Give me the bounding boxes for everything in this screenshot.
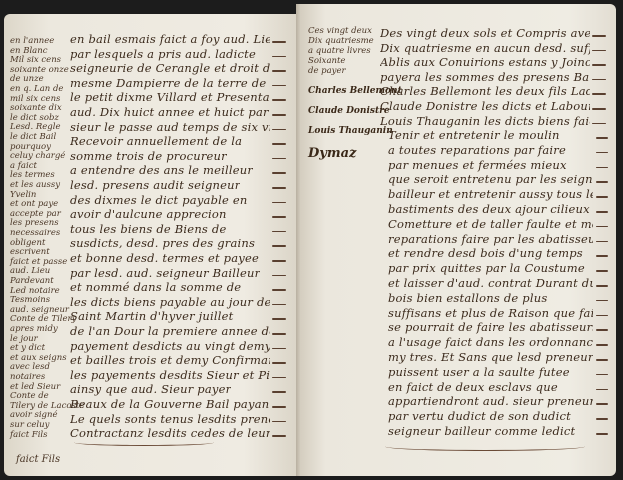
line-end-stroke bbox=[272, 362, 286, 364]
margin-note: et y dict bbox=[10, 343, 45, 353]
line-end-stroke bbox=[272, 260, 286, 262]
signature-name: Claude Donistre bbox=[308, 106, 390, 116]
margin-note: Conte de bbox=[10, 391, 49, 401]
text-line: et nommé dans la somme de bbox=[70, 280, 241, 294]
text-line: par prix quittes par la Coustume bbox=[388, 261, 585, 275]
line-end-stroke bbox=[592, 35, 606, 37]
margin-note: accepte par bbox=[10, 209, 61, 219]
text-line: a toutes reparations par faire bbox=[388, 143, 566, 157]
text-line: suffisans et plus de Raison que faire bbox=[388, 306, 593, 320]
line-end-stroke bbox=[596, 418, 608, 420]
line-end-stroke bbox=[272, 421, 286, 423]
margin-note: avoir signé bbox=[10, 410, 58, 420]
line-end-stroke bbox=[272, 187, 286, 189]
text-line: que seroit entretenu par les seigneurs bbox=[388, 172, 593, 186]
text-line: seigneurie de Cerangle et droit de bbox=[70, 61, 270, 75]
line-end-stroke bbox=[272, 143, 286, 145]
text-line: aud. Dix huict annee et huict par ledit bbox=[70, 105, 270, 119]
text-line: Claude Donistre les dicts et Laboureurs … bbox=[380, 99, 590, 113]
text-line: et bailles trois et demy Confirmant bbox=[70, 353, 270, 367]
margin-note: avec lesd bbox=[10, 362, 50, 372]
text-line: lesd. presens audit seigneur bbox=[70, 178, 240, 192]
line-end-stroke bbox=[596, 329, 608, 331]
line-end-stroke bbox=[272, 391, 286, 393]
text-line: de l'an Dour la premiere annee de bbox=[70, 324, 270, 338]
line-end-stroke bbox=[272, 70, 286, 72]
line-end-stroke bbox=[596, 167, 608, 169]
text-line: des dixmes le dict payable en bbox=[70, 193, 248, 207]
text-line: puissent user a la saulte futee bbox=[388, 365, 570, 379]
margin-note: soixante dix bbox=[10, 103, 62, 113]
line-end-stroke bbox=[596, 226, 608, 228]
left-page: en l'anneeen BlancMil six censsoixante o… bbox=[4, 14, 304, 476]
text-line: Le quels sonts tenus lesdits preneur bbox=[70, 412, 270, 426]
text-line: Beaux de la Gouverne Bail payant bbox=[70, 397, 270, 411]
margin-note: de unze bbox=[10, 74, 44, 84]
text-line: bastiments des deux ajour cilieux bbox=[388, 202, 590, 216]
margin-note: celuy chargé bbox=[10, 151, 65, 161]
line-end-stroke bbox=[272, 85, 286, 87]
text-line: payement desdicts au vingt demy bbox=[70, 339, 270, 353]
line-end-stroke bbox=[272, 377, 286, 379]
margin-note: le dict Bail bbox=[10, 132, 56, 142]
margin-note: sur celuy bbox=[10, 420, 49, 430]
line-end-stroke bbox=[272, 114, 286, 116]
margin-note: en q. Lan de bbox=[10, 84, 63, 94]
text-line: et bonne desd. termes et payee bbox=[70, 251, 259, 265]
text-line: les dicts biens payable au jour de la bbox=[70, 295, 270, 309]
text-line: Charles Bellemont les deux fils Lad. bai… bbox=[380, 84, 590, 98]
text-line: Tenir et entretenir le moulin bbox=[388, 128, 560, 142]
margin-note: le jour bbox=[10, 334, 38, 344]
line-end-stroke bbox=[592, 123, 606, 125]
margin-note: faict Fils bbox=[10, 430, 48, 440]
text-line: Louis Thauganin les dicts biens faict au… bbox=[380, 114, 590, 128]
margin-note: les termes bbox=[10, 170, 55, 180]
right-page: Ces vingt deuxDix quatriesmea quatre liv… bbox=[300, 4, 616, 476]
text-line: Des vingt deux sols et Compris avec les … bbox=[380, 26, 590, 40]
text-line: se pourrait de faire les abatisseurs bbox=[388, 320, 593, 334]
margin-note: aud. seigneur bbox=[10, 305, 69, 315]
line-end-stroke bbox=[596, 285, 608, 287]
closing-flourish bbox=[74, 439, 214, 446]
text-line: Cometture et de taller faulte et menues bbox=[388, 217, 593, 231]
margin-note: et aux seigns bbox=[10, 353, 67, 363]
text-line: Saint Martin d'hyver juillet bbox=[70, 309, 234, 323]
line-end-stroke bbox=[592, 64, 606, 66]
text-line: les payements desdits Sieur et Pierre bbox=[70, 368, 270, 382]
text-line: bois bien estallons de plus bbox=[388, 291, 547, 305]
margin-note: obligent bbox=[10, 238, 45, 248]
line-end-stroke bbox=[272, 99, 286, 101]
text-line: my tres. Et Sans que lesd preneurs bbox=[388, 350, 593, 364]
margin-note: de payer bbox=[308, 66, 346, 76]
line-end-stroke bbox=[272, 202, 286, 204]
line-end-stroke bbox=[596, 374, 608, 376]
line-end-stroke bbox=[596, 137, 608, 139]
line-end-stroke bbox=[596, 181, 608, 183]
line-end-stroke bbox=[272, 304, 286, 306]
margin-note: et les aussy bbox=[10, 180, 60, 190]
margin-note: apres midy bbox=[10, 324, 58, 334]
line-end-stroke bbox=[596, 403, 608, 405]
line-end-stroke bbox=[592, 50, 606, 52]
line-end-stroke bbox=[592, 93, 606, 95]
line-end-stroke bbox=[272, 231, 286, 233]
text-line: Recevoir annuellement de la bbox=[70, 134, 242, 148]
line-end-stroke bbox=[272, 216, 286, 218]
text-line: payera les sommes des presens Baillez pa… bbox=[380, 70, 590, 84]
line-end-stroke bbox=[272, 318, 286, 320]
text-line: avoir d'aulcune apprecion bbox=[70, 207, 227, 221]
line-end-stroke bbox=[596, 344, 608, 346]
text-line: par vertu dudict de son dudict bbox=[388, 409, 571, 423]
text-line: seigneur bailleur comme ledict bbox=[388, 424, 575, 438]
margin-note: le dict sobz bbox=[10, 113, 59, 123]
text-line: sieur le passe aud temps de six vingt bbox=[70, 120, 270, 134]
margin-note: Mil six cens bbox=[10, 55, 61, 65]
line-end-stroke bbox=[596, 300, 608, 302]
margin-note: faict et passe bbox=[10, 257, 67, 267]
line-end-stroke bbox=[272, 158, 286, 160]
margin-note: aud. Lieu bbox=[10, 266, 50, 276]
text-line: le petit dixme Villard et Presentacion bbox=[70, 90, 270, 104]
line-end-stroke bbox=[272, 275, 286, 277]
margin-note: a faict bbox=[10, 161, 37, 171]
margin-note: Pardevant bbox=[10, 276, 54, 286]
margin-note: en Blanc bbox=[10, 46, 47, 56]
margin-note: notaires bbox=[10, 372, 45, 382]
line-end-stroke bbox=[272, 245, 286, 247]
text-line: Ablis aux Conuirions estans y Joinct ave… bbox=[380, 55, 590, 69]
line-end-stroke bbox=[596, 359, 608, 361]
margin-note: necessaires bbox=[10, 228, 60, 238]
text-line: ainsy que aud. Sieur payer bbox=[70, 382, 231, 396]
margin-note: Soixante bbox=[308, 56, 345, 66]
text-line: et rendre desd bois d'ung temps bbox=[388, 246, 583, 260]
line-end-stroke bbox=[272, 435, 286, 437]
closing-flourish bbox=[385, 442, 585, 451]
text-line: reparations faire par les abatisseurs bbox=[388, 232, 593, 246]
line-end-stroke bbox=[592, 108, 606, 110]
line-end-stroke bbox=[596, 255, 608, 257]
text-line: en faict de deux esclavs que bbox=[388, 380, 558, 394]
margin-note: Conte de Tilery bbox=[10, 314, 76, 324]
text-line: a l'usage faict dans les ordonnances bbox=[388, 335, 593, 349]
line-end-stroke bbox=[596, 270, 608, 272]
signature-name: Dymaz bbox=[308, 146, 356, 161]
margin-note: et ont paye bbox=[10, 199, 58, 209]
line-end-stroke bbox=[596, 315, 608, 317]
line-end-stroke bbox=[596, 211, 608, 213]
line-end-stroke bbox=[596, 389, 608, 391]
text-line: mesme Dampierre de la terre de Moulins e… bbox=[70, 76, 270, 90]
margin-note: mil six cens bbox=[10, 94, 60, 104]
margin-note: Yvelin bbox=[10, 190, 36, 200]
line-end-stroke bbox=[592, 79, 606, 81]
text-line: a entendre des ans le meilleur bbox=[70, 163, 253, 177]
closing-note: faict Fils bbox=[16, 454, 60, 465]
text-line: tous les biens de Biens de bbox=[70, 222, 226, 236]
margin-note: les presens bbox=[10, 218, 59, 228]
line-end-stroke bbox=[272, 348, 286, 350]
text-line: par lesquels a pris aud. ladicte bbox=[70, 47, 256, 61]
line-end-stroke bbox=[272, 406, 286, 408]
text-line: susdicts, desd. pres des grains bbox=[70, 236, 255, 250]
line-end-stroke bbox=[596, 196, 608, 198]
margin-note: Led notaire bbox=[10, 286, 60, 296]
text-line: en bail esmais faict a foy aud. Lieu bbox=[70, 32, 270, 46]
text-line: et laisser d'aud. contrat Durant dudit bbox=[388, 276, 593, 290]
line-end-stroke bbox=[272, 41, 286, 43]
line-end-stroke bbox=[596, 241, 608, 243]
line-end-stroke bbox=[272, 56, 286, 58]
margin-note: Ces vingt deux bbox=[308, 26, 372, 36]
margin-note: soixante onze bbox=[10, 65, 69, 75]
margin-note: Dix quatriesme bbox=[308, 36, 374, 46]
line-end-stroke bbox=[596, 152, 608, 154]
line-end-stroke bbox=[596, 433, 608, 435]
line-end-stroke bbox=[272, 289, 286, 291]
text-line: par lesd. aud. seigneur Bailleur bbox=[70, 266, 260, 280]
text-line: appartiendront aud. sieur preneurs bbox=[388, 394, 593, 408]
margin-note: escrivent bbox=[10, 247, 50, 257]
line-end-stroke bbox=[272, 129, 286, 131]
margin-note: Tesmoins bbox=[10, 295, 50, 305]
text-line: par menues et fermées mieux bbox=[388, 158, 567, 172]
margin-note: Lesd. Regle bbox=[10, 122, 61, 132]
margin-note: et led Sieur bbox=[10, 382, 60, 392]
margin-note: en l'annee bbox=[10, 36, 54, 46]
text-line: Dix quatriesme en aucun desd. suffisamme… bbox=[380, 41, 590, 55]
line-end-stroke bbox=[272, 172, 286, 174]
line-end-stroke bbox=[272, 333, 286, 335]
margin-note: a quatre livres bbox=[308, 46, 371, 56]
text-line: somme trois de procureur bbox=[70, 149, 227, 163]
text-line: bailleur et entretenir aussy tous les bbox=[388, 187, 593, 201]
